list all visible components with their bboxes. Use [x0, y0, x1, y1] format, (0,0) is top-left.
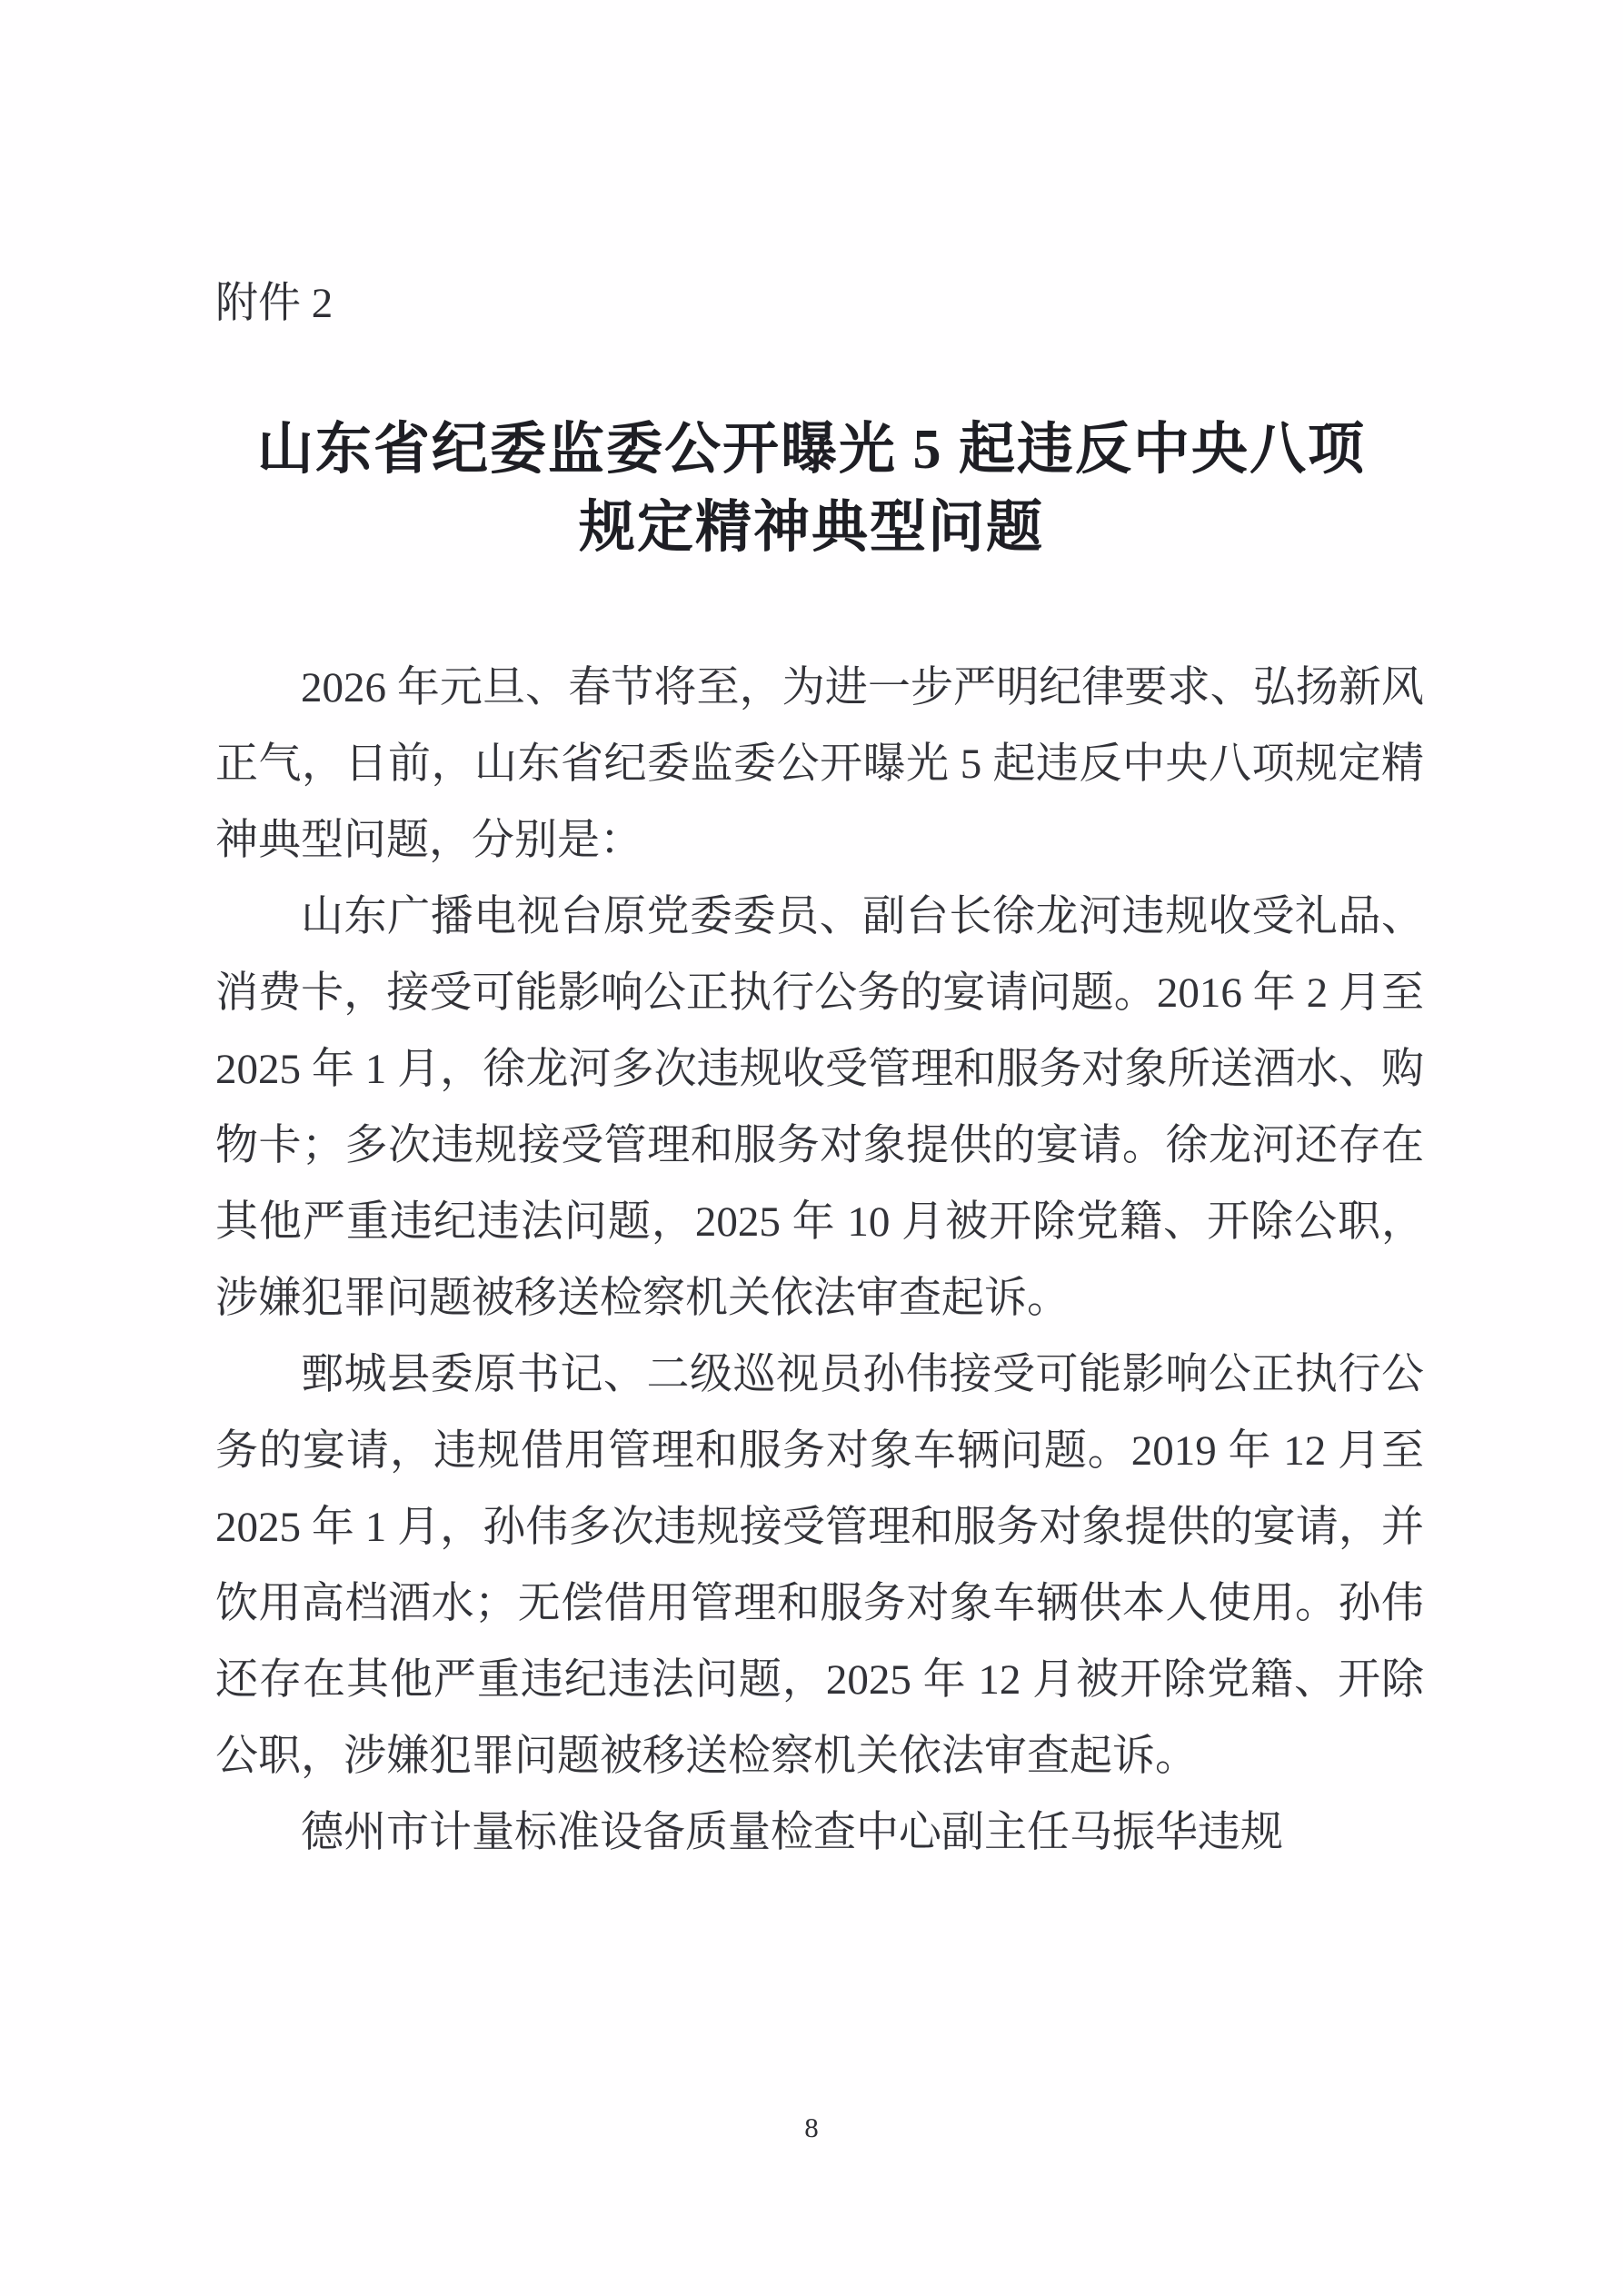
body-paragraph-case-3-partial: 德州市计量标准设备质量检查中心副主任马振华违规 [215, 1794, 1424, 1871]
document-title: 山东省纪委监委公开曝光 5 起违反中央八项 规定精神典型问题 [109, 411, 1514, 567]
body-paragraph-intro: 2026 年元旦、春节将至，为进一步严明纪律要求、弘扬新风正气，日前，山东省纪委… [215, 650, 1424, 879]
document-title-line-1: 山东省纪委监委公开曝光 5 起违反中央八项 [109, 411, 1514, 489]
body-paragraph-case-2: 鄄城县委原书记、二级巡视员孙伟接受可能影响公正执行公务的宴请，违规借用管理和服务… [215, 1337, 1424, 1794]
body-paragraph-case-1: 山东广播电视台原党委委员、副台长徐龙河违规收受礼品、消费卡，接受可能影响公正执行… [215, 879, 1424, 1337]
document-body: 2026 年元旦、春节将至，为进一步严明纪律要求、弘扬新风正气，日前，山东省纪委… [215, 650, 1424, 1871]
page-number: 8 [0, 2112, 1623, 2144]
document-title-line-2: 规定精神典型问题 [109, 489, 1514, 567]
document-page: 附件 2 山东省纪委监委公开曝光 5 起违反中央八项 规定精神典型问题 2026… [0, 0, 1623, 2296]
attachment-label: 附件 2 [215, 265, 333, 342]
